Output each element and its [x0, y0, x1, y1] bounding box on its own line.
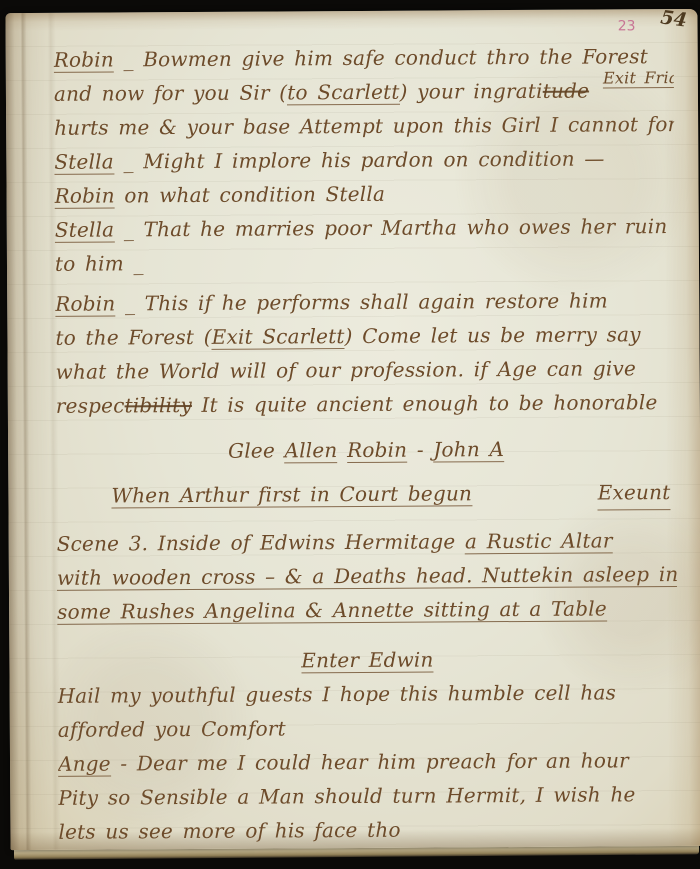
folio-annotation: 23: [618, 18, 636, 34]
page-number: 54: [659, 6, 688, 31]
text-segment: lets us see more of his face tho: [58, 818, 400, 844]
text-segment: ) Come let us be merry say: [345, 322, 641, 348]
manuscript-line: Robin on what condition Stella: [54, 175, 674, 213]
text-segment: _ That he marries poor Martha who owes h…: [114, 214, 667, 241]
text-segment: It is quite ancient enough to be honorab…: [192, 390, 658, 417]
text-segment: Allen: [284, 438, 337, 463]
manuscript-line: Robin _ This if he performs shall again …: [55, 283, 675, 321]
text-segment: Hail my youthful guests I hope this humb…: [58, 680, 617, 707]
text-segment: hurts me & your base Attempt upon this G…: [54, 112, 678, 140]
manuscript-line: Glee Allen Robin - John A: [56, 431, 676, 469]
text-segment: Robin: [55, 291, 115, 316]
manuscript-line: Ange - Dear me I could hear him preach f…: [58, 743, 678, 781]
manuscript-line: to the Forest (Exit Scarlett) Come let u…: [55, 317, 675, 355]
text-segment: ) your ingrati: [400, 79, 543, 104]
manuscript-line: to him _: [55, 243, 675, 281]
stage-direction: Exeunt: [598, 475, 671, 510]
text-segment: Ange: [58, 751, 111, 776]
manuscript-line: respectibility It is quite ancient enoug…: [56, 385, 676, 423]
text-segment: [337, 438, 347, 462]
text-segment: - Dear me I could hear him preach for an…: [111, 748, 629, 775]
text-segment: Robin: [347, 438, 407, 463]
text-segment: what the World will of our profession. i…: [56, 356, 637, 384]
manuscript-line: hurts me & your base Attempt upon this G…: [54, 107, 674, 145]
manuscript-line: with wooden cross – & a Deaths head. Nut…: [57, 557, 677, 595]
text-segment: Scene 3. Inside of Edwins Hermitage: [57, 529, 465, 555]
text-segment: a Rustic Altar: [465, 528, 613, 554]
text-segment: and now for you Sir (: [54, 80, 287, 105]
text-segment: some Rushes Angelina & Annette sitting a…: [57, 596, 607, 624]
manuscript-line: afforded you Comfort: [58, 709, 678, 747]
text-segment: Robin: [54, 183, 114, 208]
text-segment: afforded you Comfort: [58, 716, 286, 741]
text-segment: tude: [543, 79, 590, 103]
manuscript-line: Stella _ Might I implore his pardon on c…: [54, 141, 674, 179]
text-segment: -: [407, 438, 433, 462]
text-segment: _ Might I implore his pardon on conditio…: [114, 146, 605, 173]
manuscript-line: what the World will of our profession. i…: [56, 351, 676, 389]
photo-frame: 23 54 Robin _ Bowmen give him safe condu…: [0, 0, 700, 869]
text-segment: to Scarlett: [287, 80, 399, 106]
manuscript-line: some Rushes Angelina & Annette sitting a…: [57, 591, 677, 629]
text-segment: Pity so Sensible a Man should turn Hermi…: [58, 782, 635, 810]
text-segment: Enter Edwin: [301, 648, 433, 674]
manuscript-line: lets us see more of his face tho: [58, 811, 678, 844]
text-segment: to him _: [55, 251, 144, 276]
manuscript-line: Pity so Sensible a Man should turn Hermi…: [58, 777, 678, 815]
manuscript-line: Scene 3. Inside of Edwins Hermitage a Ru…: [57, 523, 677, 561]
text-segment: to the Forest (: [55, 325, 211, 350]
manuscript-line: Robin _ Bowmen give him safe conduct thr…: [54, 39, 674, 77]
manuscript-line: Stella _ That he marries poor Martha who…: [55, 209, 675, 247]
text-segment: with wooden cross – & a Deaths head. Nut…: [57, 562, 679, 591]
text-segment: Glee: [228, 438, 285, 462]
manuscript-page: 23 54 Robin _ Bowmen give him safe condu…: [5, 9, 700, 850]
manuscript-line: Hail my youthful guests I hope this humb…: [58, 675, 678, 713]
text-segment: Exit Scarlett: [212, 324, 345, 350]
manuscript-line: Enter Edwin: [57, 641, 677, 679]
text-segment: Stella: [54, 149, 114, 174]
text-segment: respec: [56, 393, 125, 417]
text-segment: When Arthur first in Court begun: [111, 481, 472, 508]
text-segment: Robin: [54, 47, 114, 72]
text-segment: John A: [433, 437, 504, 462]
text-segment: tibility: [124, 393, 192, 417]
text-segment: Stella: [55, 217, 115, 242]
manuscript-text: Robin _ Bowmen give him safe conduct thr…: [54, 39, 679, 844]
stage-direction: Exit Friar: [603, 68, 679, 89]
manuscript-line: When Arthur first in Court begunExeunt: [56, 475, 676, 513]
text-segment: _ Bowmen give him safe conduct thro the …: [114, 44, 648, 71]
manuscript-line: and now for you Sir (to Scarlett) your i…: [54, 73, 674, 111]
text-segment: _ This if he performs shall again restor…: [115, 288, 608, 315]
text-segment: on what condition Stella: [115, 182, 385, 208]
